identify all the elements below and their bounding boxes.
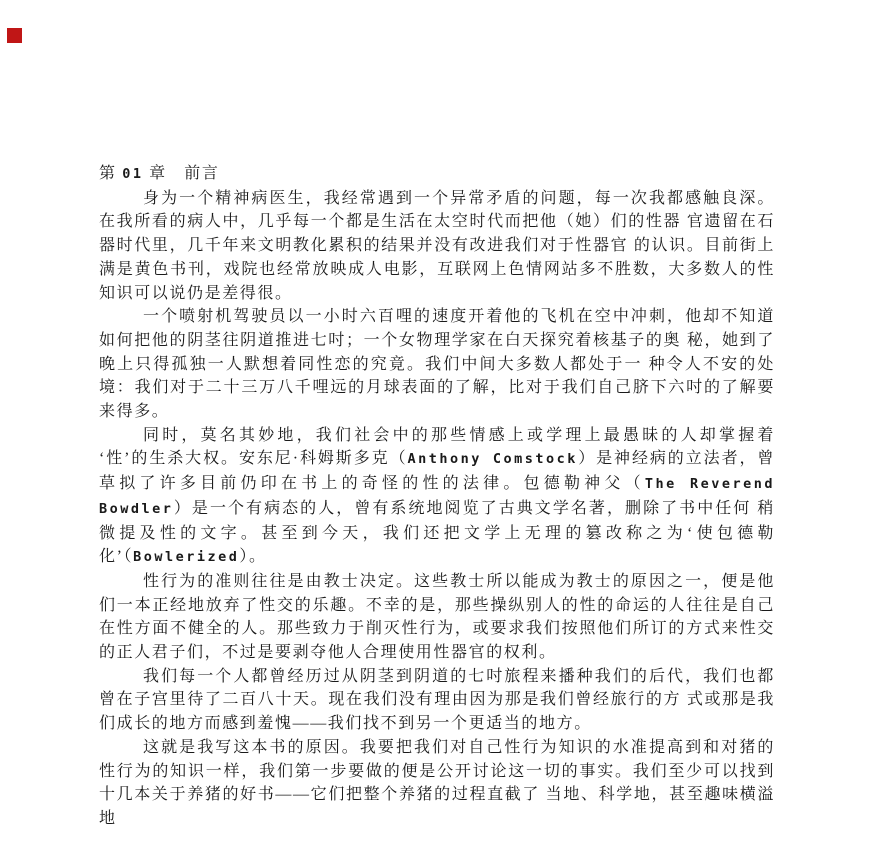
latin-text: The Reverend Bowdler [99,476,775,517]
paragraph: 这就是我写这本书的原因。我要把我们对自己性行为知识的水准提高到和对猪的性行为的知… [99,736,775,831]
chapter-title: 第 01 章 前言 [99,162,775,187]
latin-text: Anthony Comstock [408,451,578,467]
document-body: 第 01 章 前言 身为一个精神病医生，我经常遇到一个异常矛盾的问题，每一次我都… [99,162,775,831]
paragraph: 同时，莫名其妙地，我们社会中的那些情感上或学理上最愚昧的人却掌握着 ‘性’的生杀… [99,424,775,570]
red-marker [7,28,22,43]
latin-text: 01 [122,166,143,182]
paragraph: 一个喷射机驾驶员以一小时六百哩的速度开着他的飞机在空中冲刺，他却不知道如何把他的… [99,305,775,424]
latin-text: Bowlerized [133,549,239,565]
paragraph: 我们每一个人都曾经历过从阴茎到阴道的七吋旅程来播种我们的后代，我们也都曾在子宫里… [99,665,775,736]
body-text: 身为一个精神病医生，我经常遇到一个异常矛盾的问题，每一次我都感触良深。在我所看的… [99,187,775,831]
paragraph: 身为一个精神病医生，我经常遇到一个异常矛盾的问题，每一次我都感触良深。在我所看的… [99,187,775,306]
paragraph: 性行为的准则往往是由教士决定。这些教士所以能成为教士的原因之一，便是他们一本正经… [99,570,775,665]
